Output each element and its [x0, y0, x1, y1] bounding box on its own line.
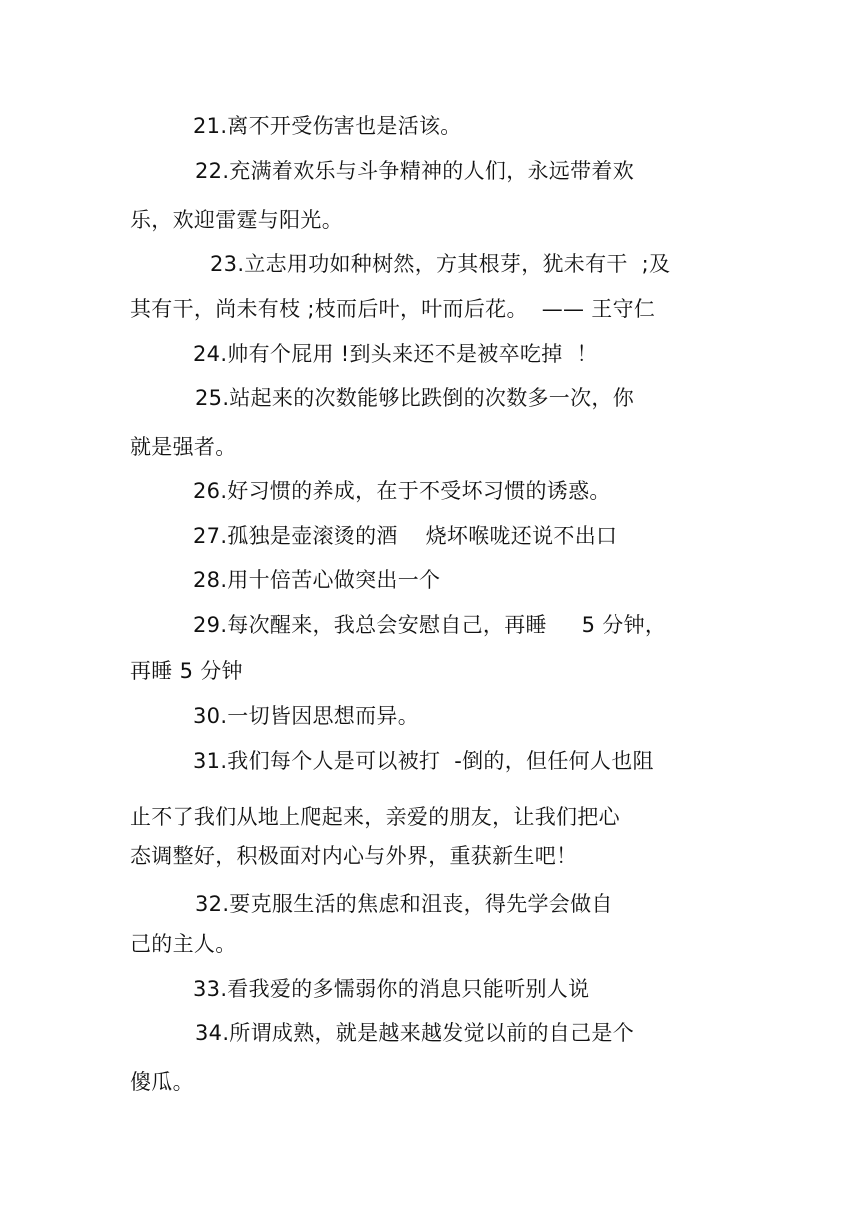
- quote-24-line: 24.帅有个屁用 !到头来还不是被卒吃掉 ！: [193, 340, 598, 368]
- quote-21-line: 21.离不开受伤害也是活该。: [193, 112, 462, 140]
- quote-22-line-1: 22.充满着欢乐与斗争精神的人们，永远带着欢: [195, 157, 634, 185]
- quote-32-line-1: 32.要克服生活的焦虑和沮丧，得先学会做自: [195, 890, 613, 918]
- quote-29-line-1: 29.每次醒来，我总会安慰自己，再睡 5 分钟，: [193, 611, 666, 639]
- quote-32-line-2: 己的主人。: [130, 930, 237, 958]
- quote-28-line: 28.用十倍苦心做突出一个: [193, 566, 440, 594]
- quote-22-line-2: 乐，欢迎雷霆与阳光。: [130, 206, 343, 234]
- quote-29-line-2: 再睡 5 分钟: [130, 657, 243, 685]
- quote-31-line-2: 止不了我们从地上爬起来，亲爱的朋友，让我们把心: [130, 803, 620, 831]
- quote-25-line-1: 25.站起来的次数能够比跌倒的次数多一次，你: [195, 384, 634, 412]
- quote-31-line-1: 31.我们每个人是可以被打 -倒的，但任何人也阻: [193, 747, 654, 775]
- quote-33-line: 33.看我爱的多懦弱你的消息只能听别人说: [193, 975, 589, 1003]
- quote-31-line-3: 态调整好，积极面对内心与外界，重获新生吧！: [130, 842, 577, 870]
- quote-23-line-1: 23.立志用功如种树然，方其根芽，犹未有干 ;及: [210, 250, 670, 278]
- document-page: 21.离不开受伤害也是活该。 22.充满着欢乐与斗争精神的人们，永远带着欢 乐，…: [0, 0, 860, 1218]
- quote-27-line: 27.孤独是壶滚烫的酒 烧坏喉咙还说不出口: [193, 522, 617, 550]
- quote-34-line-1: 34.所谓成熟，就是越来越发觉以前的自己是个: [195, 1019, 634, 1047]
- quote-23-line-2: 其有干，尚未有枝 ;枝而后叶，叶而后花。 —— 王守仁: [130, 295, 655, 323]
- quote-34-line-2: 傻瓜。: [130, 1068, 194, 1096]
- quote-25-line-2: 就是强者。: [130, 433, 237, 461]
- quote-26-line: 26.好习惯的养成，在于不受坏习惯的诱惑。: [193, 477, 611, 505]
- quote-30-line: 30.一切皆因思想而异。: [193, 702, 419, 730]
